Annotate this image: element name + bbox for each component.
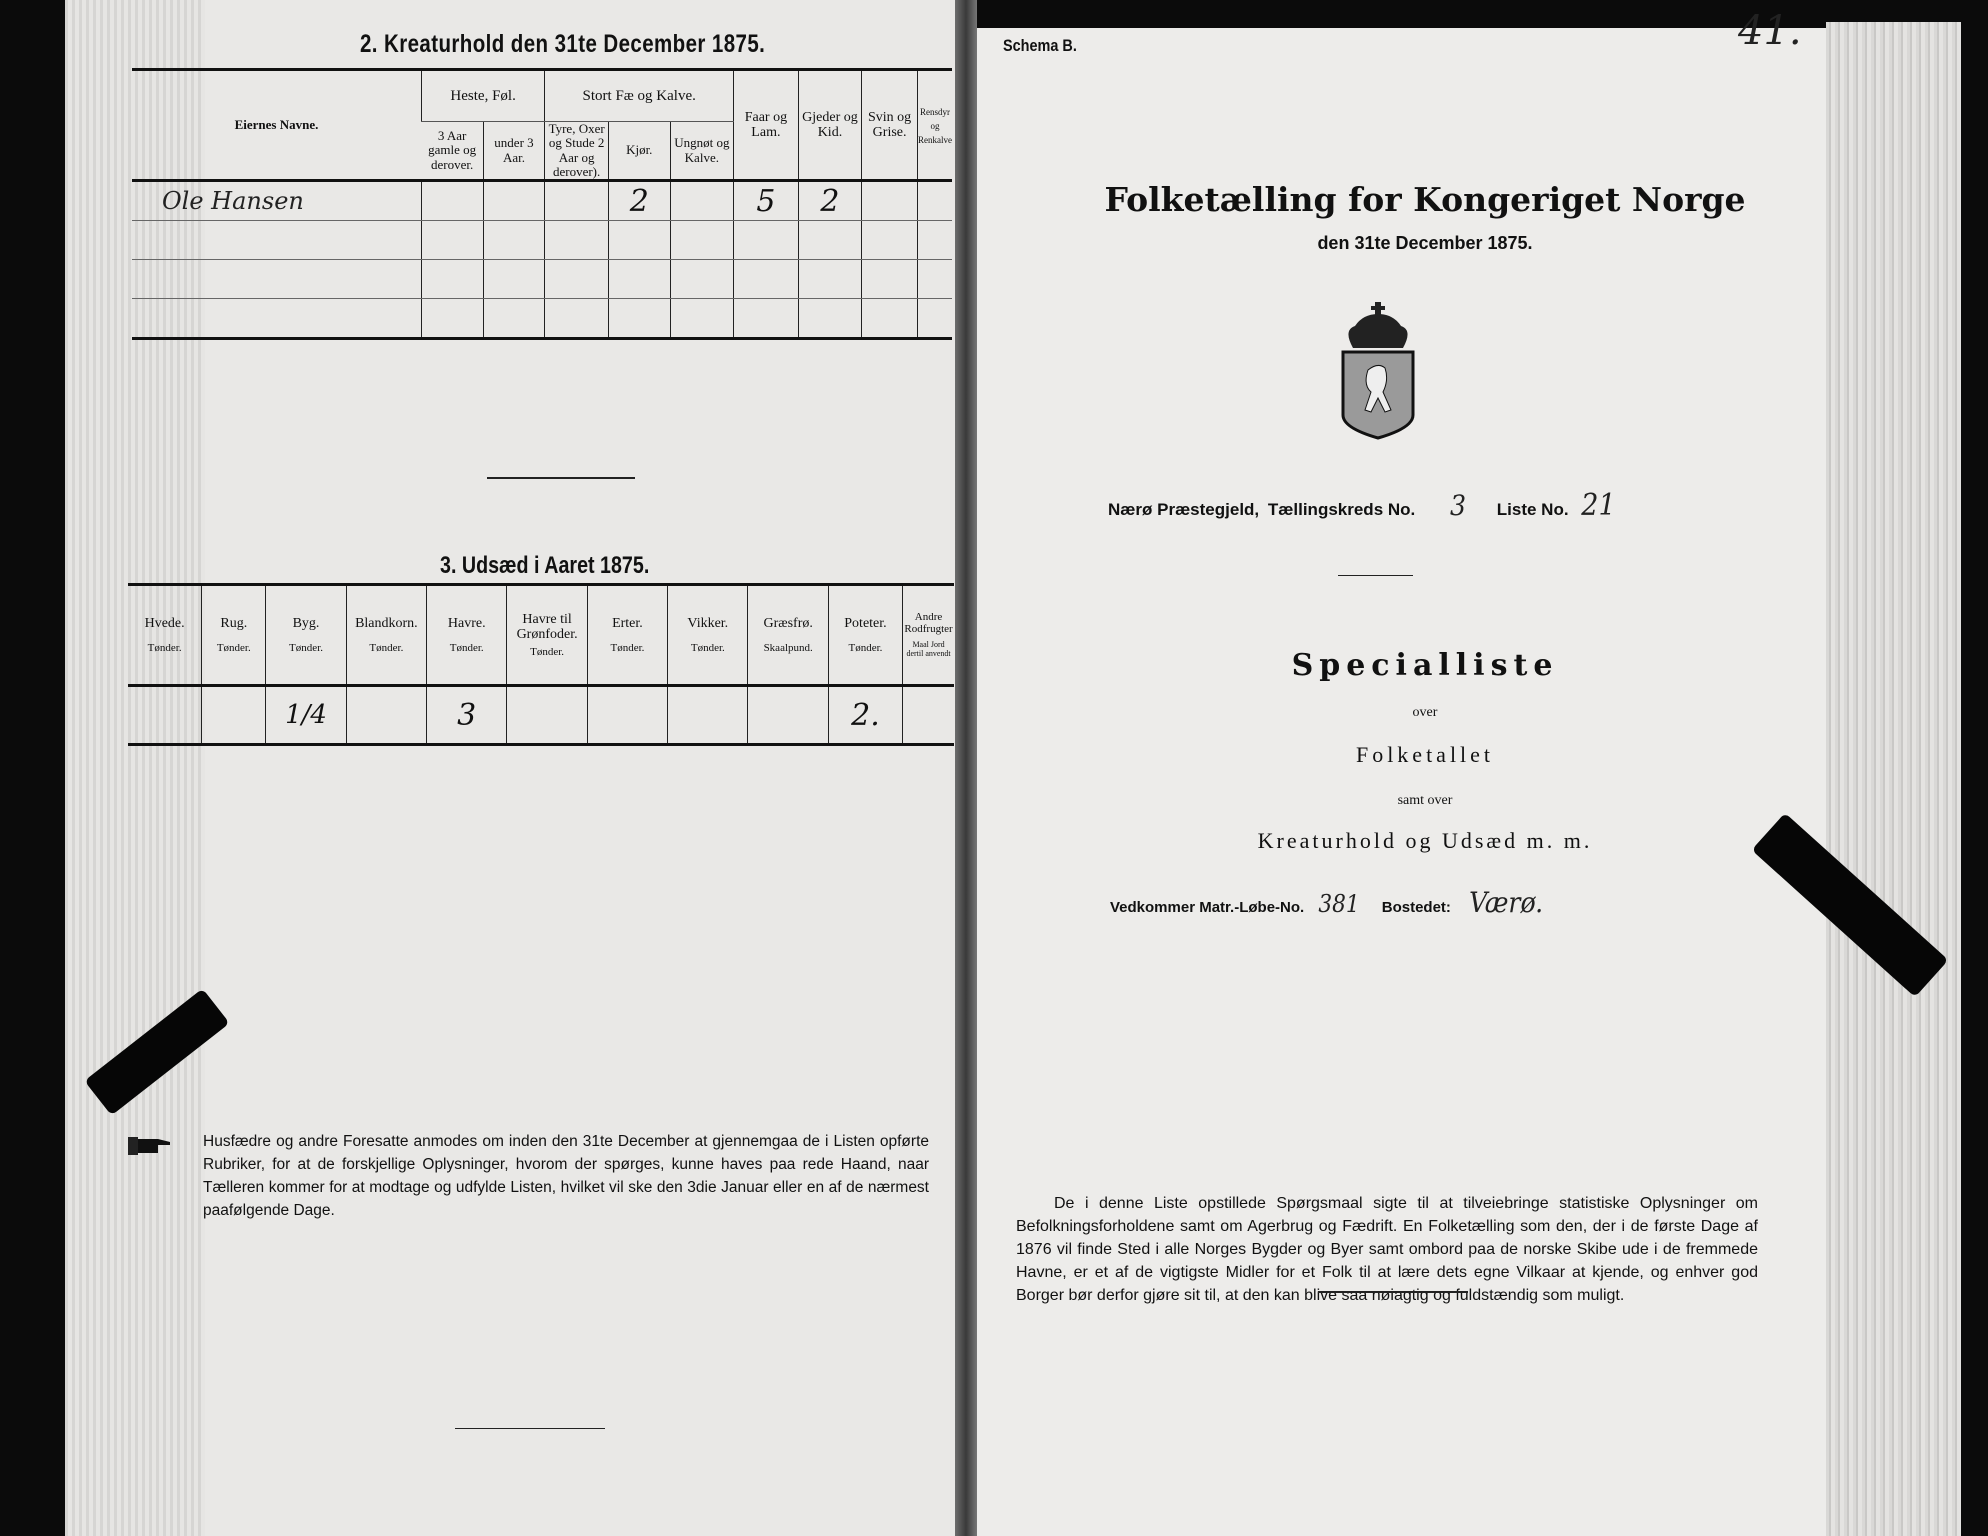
list-label: Liste No. — [1497, 500, 1569, 519]
sheep-cell[interactable]: 5 — [734, 181, 798, 221]
col-erter: Erter.Tønder. — [587, 585, 667, 686]
list-value[interactable]: 21 — [1581, 488, 1615, 523]
cell-havre[interactable]: 3 — [427, 686, 507, 745]
page-number: 41. — [1738, 8, 1802, 54]
livestock-table: Eiernes Navne. Heste, Føl. Stort Fæ og K… — [132, 68, 952, 340]
matr-value[interactable]: 381 — [1318, 890, 1359, 918]
specialliste-heading: Specialliste — [1000, 648, 1850, 683]
col-horses-young: under 3 Aar. — [483, 122, 545, 181]
cows-cell[interactable]: 2 — [609, 181, 670, 221]
census-date: den 31te December 1875. — [1000, 233, 1850, 254]
matr-label: Vedkommer Matr.-Løbe-No. — [1110, 899, 1304, 916]
right-page — [977, 28, 1827, 1536]
cell-byg[interactable]: 1/4 — [266, 686, 346, 745]
col-cattle-cows: Kjør. — [609, 122, 670, 181]
parish-label: Nærø Præstegjeld, — [1108, 500, 1259, 519]
col-owner: Eiernes Navne. — [132, 70, 422, 181]
col-cattle: Stort Fæ og Kalve. — [545, 70, 734, 122]
divider — [455, 1428, 605, 1429]
book-gutter — [955, 0, 977, 1536]
divider — [487, 477, 635, 479]
cell[interactable] — [483, 181, 545, 221]
section2-title: 2. Kreaturhold den 31te December 1875. — [360, 30, 765, 59]
bosted-label: Bostedet: — [1382, 899, 1451, 916]
folketallet-heading: Folketallet — [1000, 742, 1850, 768]
cell[interactable] — [545, 181, 609, 221]
divider — [1318, 1291, 1468, 1293]
col-graesfro: Græsfrø.Skaalpund. — [748, 585, 828, 686]
owner-cell[interactable] — [132, 260, 422, 299]
district-line: Nærø Præstegjeld, Tællingskreds No. 3 Li… — [1108, 488, 1616, 523]
col-cattle-young: Ungnøt og Kalve. — [670, 122, 734, 181]
cell[interactable] — [862, 181, 918, 221]
kreaturhold-heading: Kreaturhold og Udsæd m. m. — [1000, 828, 1850, 854]
section3-title: 3. Udsæd i Aaret 1875. — [440, 552, 649, 580]
cell-andre[interactable] — [903, 686, 954, 745]
cell-erter[interactable] — [587, 686, 667, 745]
owner-cell[interactable] — [132, 299, 422, 339]
col-havre-gronfoder: Havre til Grønfoder.Tønder. — [507, 585, 587, 686]
cell-poteter[interactable]: 2. — [828, 686, 902, 745]
col-cattle-bulls: Tyre, Oxer og Stude 2 Aar og derover). — [545, 122, 609, 181]
owner-cell[interactable]: Ole Hansen — [132, 181, 422, 221]
col-horses: Heste, Føl. — [422, 70, 545, 122]
col-havre: Havre.Tønder. — [427, 585, 507, 686]
col-poteter: Poteter.Tønder. — [828, 585, 902, 686]
col-horses-old: 3 Aar gamle og derover. — [422, 122, 484, 181]
bosted-value[interactable]: Værø. — [1469, 886, 1543, 919]
cell-vikker[interactable] — [668, 686, 748, 745]
norway-coat-of-arms-icon — [1333, 300, 1423, 445]
cell[interactable] — [670, 181, 734, 221]
table-row — [132, 260, 952, 299]
census-title: Folketælling for Kongeriget Norge — [1000, 180, 1850, 219]
over-label: over — [1000, 705, 1850, 721]
cell[interactable] — [917, 181, 952, 221]
col-sheep: Faar og Lam. — [734, 70, 798, 181]
goats-cell[interactable]: 2 — [798, 181, 862, 221]
intro-text: De i denne Liste opstillede Spørgsmaal s… — [1016, 1192, 1758, 1307]
samt-over-label: samt over — [1000, 793, 1850, 809]
cell-hvede[interactable] — [128, 686, 202, 745]
col-blandkorn: Blandkorn.Tønder. — [346, 585, 426, 686]
col-pigs: Svin og Grise. — [862, 70, 918, 181]
col-hvede: Hvede.Tønder. — [128, 585, 202, 686]
cell[interactable] — [422, 181, 484, 221]
cell-blandkorn[interactable] — [346, 686, 426, 745]
notice-text: Husfædre og andre Foresatte anmodes om i… — [203, 1130, 929, 1222]
pointing-hand-icon — [128, 1135, 172, 1157]
cell-graesfro[interactable] — [748, 686, 828, 745]
property-line: Vedkommer Matr.-Løbe-No. 381 Bostedet: V… — [1110, 886, 1543, 919]
table-row — [132, 299, 952, 339]
owner-cell[interactable] — [132, 221, 422, 260]
seed-table: Hvede.Tønder. Rug.Tønder. Byg.Tønder. Bl… — [128, 583, 954, 746]
cell-rug[interactable] — [202, 686, 266, 745]
col-vikker: Vikker.Tønder. — [668, 585, 748, 686]
col-goats: Gjeder og Kid. — [798, 70, 862, 181]
schema-label: Schema B. — [1003, 36, 1077, 56]
district-value[interactable]: 3 — [1450, 489, 1466, 522]
table-row — [132, 221, 952, 260]
col-byg: Byg.Tønder. — [266, 585, 346, 686]
col-andre: Andre RodfrugterMaal Jord dertil anvendt — [903, 585, 954, 686]
district-label: Tællingskreds No. — [1268, 500, 1415, 519]
cell-havre-gronfoder[interactable] — [507, 686, 587, 745]
divider — [1338, 575, 1413, 576]
table-row: Ole Hansen 2 5 2 — [132, 181, 952, 221]
col-rug: Rug.Tønder. — [202, 585, 266, 686]
col-reindeer: Rensdyr og Renkalve — [917, 70, 952, 181]
